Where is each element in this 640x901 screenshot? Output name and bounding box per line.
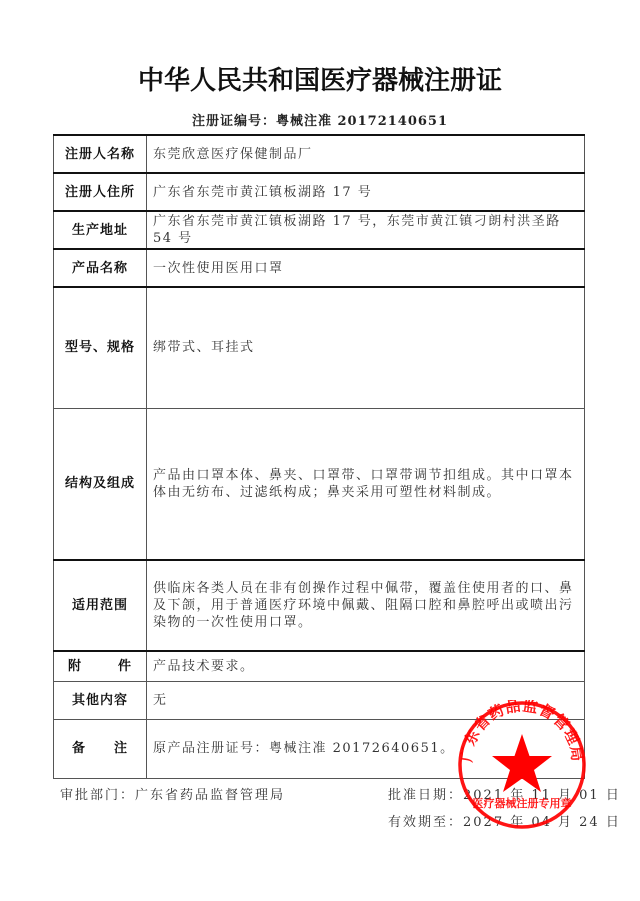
row-label-left: 附	[68, 658, 82, 675]
row-label: 备 注	[54, 719, 147, 778]
row-value: 无	[147, 681, 585, 719]
row-label: 其他内容	[54, 681, 147, 719]
registration-number-label: 注册证编号：	[192, 114, 276, 129]
registration-number: 注册证编号：粤械注准 20172140651	[0, 110, 640, 129]
table-row-registrant-name: 注册人名称 东莞欣意医疗保健制品厂	[54, 135, 585, 173]
row-value: 东莞欣意医疗保健制品厂	[147, 135, 585, 173]
table-row-structure: 结构及组成 产品由口罩本体、鼻夹、口罩带、口罩带调节扣组成。其中口罩本体由无纺布…	[54, 408, 585, 560]
row-value: 绑带式、耳挂式	[147, 287, 585, 408]
table-row-attachments: 附 件 产品技术要求。	[54, 651, 585, 681]
row-label-right: 注	[114, 740, 128, 757]
row-label: 产品名称	[54, 249, 147, 287]
table-row-production-address: 生产地址 广东省东莞市黄江镇板湖路 17 号，东莞市黄江镇刁朗村洪圣路 54 号	[54, 211, 585, 249]
valid-until: 有效期至：2027 年 04 月 24 日	[388, 811, 621, 830]
certificate-table: 注册人名称 东莞欣意医疗保健制品厂 注册人住所 广东省东莞市黄江镇板湖路 17 …	[53, 134, 585, 779]
row-label: 注册人名称	[54, 135, 147, 173]
table-row-product-name: 产品名称 一次性使用医用口罩	[54, 249, 585, 287]
row-value: 产品技术要求。	[147, 651, 585, 681]
row-value: 一次性使用医用口罩	[147, 249, 585, 287]
row-label: 适用范围	[54, 560, 147, 651]
row-label: 结构及组成	[54, 408, 147, 560]
row-value: 广东省东莞市黄江镇板湖路 17 号，东莞市黄江镇刁朗村洪圣路 54 号	[147, 211, 585, 249]
row-value: 产品由口罩本体、鼻夹、口罩带、口罩带调节扣组成。其中口罩本体由无纺布、过滤纸构成…	[147, 408, 585, 560]
table-row-remarks: 备 注 原产品注册证号：粤械注准 20172640651。	[54, 719, 585, 778]
row-label-left: 备	[72, 740, 86, 757]
table-row-other: 其他内容 无	[54, 681, 585, 719]
row-value: 原产品注册证号：粤械注准 20172640651。	[147, 719, 585, 778]
certificate-title: 中华人民共和国医疗器械注册证	[0, 60, 640, 97]
row-label: 型号、规格	[54, 287, 147, 408]
table-row-registrant-address: 注册人住所 广东省东莞市黄江镇板湖路 17 号	[54, 173, 585, 211]
row-label-right: 件	[118, 658, 132, 675]
row-label: 注册人住所	[54, 173, 147, 211]
approval-department: 审批部门：广东省药品监督管理局	[60, 784, 285, 803]
row-value: 供临床各类人员在非有创操作过程中佩带，覆盖住使用者的口、鼻及下颌，用于普通医疗环…	[147, 560, 585, 651]
row-label: 生产地址	[54, 211, 147, 249]
table-row-model-spec: 型号、规格 绑带式、耳挂式	[54, 287, 585, 408]
row-value: 广东省东莞市黄江镇板湖路 17 号	[147, 173, 585, 211]
registration-number-value: 粤械注准 20172140651	[276, 114, 448, 129]
table-row-scope: 适用范围 供临床各类人员在非有创操作过程中佩带，覆盖住使用者的口、鼻及下颌，用于…	[54, 560, 585, 651]
row-label: 附 件	[54, 651, 147, 681]
approval-date: 批准日期：2021 年 11 月 01 日	[388, 784, 621, 803]
